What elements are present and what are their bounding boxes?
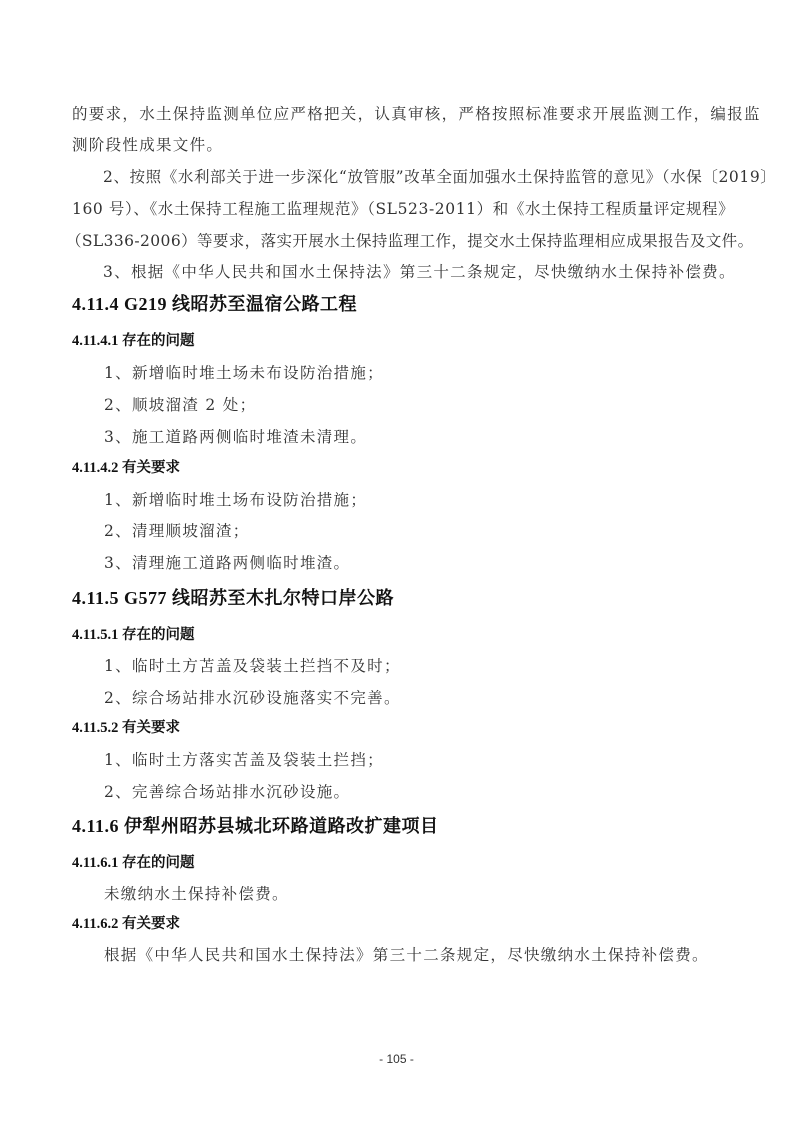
page-number: - 105 - xyxy=(0,1052,793,1066)
list-item: 1、新增临时堆土场未布设防治措施； xyxy=(104,363,384,383)
subsection-heading: 4.11.5.2 有关要求 xyxy=(72,718,180,738)
paragraph-line: 3、根据《中华人民共和国水土保持法》第三十二条规定，尽快缴纳水土保持补偿费。 xyxy=(103,262,736,282)
paragraph-line: 160 号）、《水土保持工程施工监理规范》（SL523-2011）和《水土保持工… xyxy=(72,199,734,219)
paragraph-line: 未缴纳水土保持补偿费。 xyxy=(104,884,289,904)
document-page: 的要求，水土保持监测单位应严格把关，认真审核，严格按照标准要求开展监测工作，编报… xyxy=(0,0,793,1122)
list-item: 2、综合场站排水沉砂设施落实不完善。 xyxy=(104,688,401,708)
list-item: 1、新增临时堆土场布设防治措施； xyxy=(104,490,367,510)
subsection-heading: 4.11.6.1 存在的问题 xyxy=(72,853,194,873)
list-item: 1、临时土方苫盖及袋装土拦挡不及时； xyxy=(104,656,401,676)
section-heading: 4.11.4 G219 线昭苏至温宿公路工程 xyxy=(72,293,357,315)
paragraph-line: 根据《中华人民共和国水土保持法》第三十二条规定，尽快缴纳水土保持补偿费。 xyxy=(104,945,709,965)
list-item: 3、清理施工道路两侧临时堆渣。 xyxy=(104,553,350,573)
list-item: 2、清理顺坡溜渣； xyxy=(104,521,250,541)
paragraph-line: 测阶段性成果文件。 xyxy=(72,135,223,155)
paragraph-line: （SL336-2006）等要求，落实开展水土保持监理工作，提交水土保持监理相应成… xyxy=(66,231,753,251)
section-heading: 4.11.5 G577 线昭苏至木扎尔特口岸公路 xyxy=(72,587,394,609)
subsection-heading: 4.11.5.1 存在的问题 xyxy=(72,625,194,645)
list-item: 1、临时土方落实苫盖及袋装土拦挡； xyxy=(104,750,384,770)
subsection-heading: 4.11.4.2 有关要求 xyxy=(72,458,180,478)
list-item: 2、顺坡溜渣 2 处； xyxy=(104,395,256,415)
paragraph-line: 2、按照《水利部关于进一步深化“放管服”改革全面加强水土保持监管的意见》（水保〔… xyxy=(103,167,776,187)
paragraph-line: 的要求，水土保持监测单位应严格把关，认真审核，严格按照标准要求开展监测工作，编报… xyxy=(72,104,761,124)
subsection-heading: 4.11.4.1 存在的问题 xyxy=(72,331,194,351)
list-item: 2、完善综合场站排水沉砂设施。 xyxy=(104,782,350,802)
list-item: 3、施工道路两侧临时堆渣未清理。 xyxy=(104,427,367,447)
subsection-heading: 4.11.6.2 有关要求 xyxy=(72,914,180,934)
section-heading: 4.11.6 伊犁州昭苏县城北环路道路改扩建项目 xyxy=(72,815,439,837)
